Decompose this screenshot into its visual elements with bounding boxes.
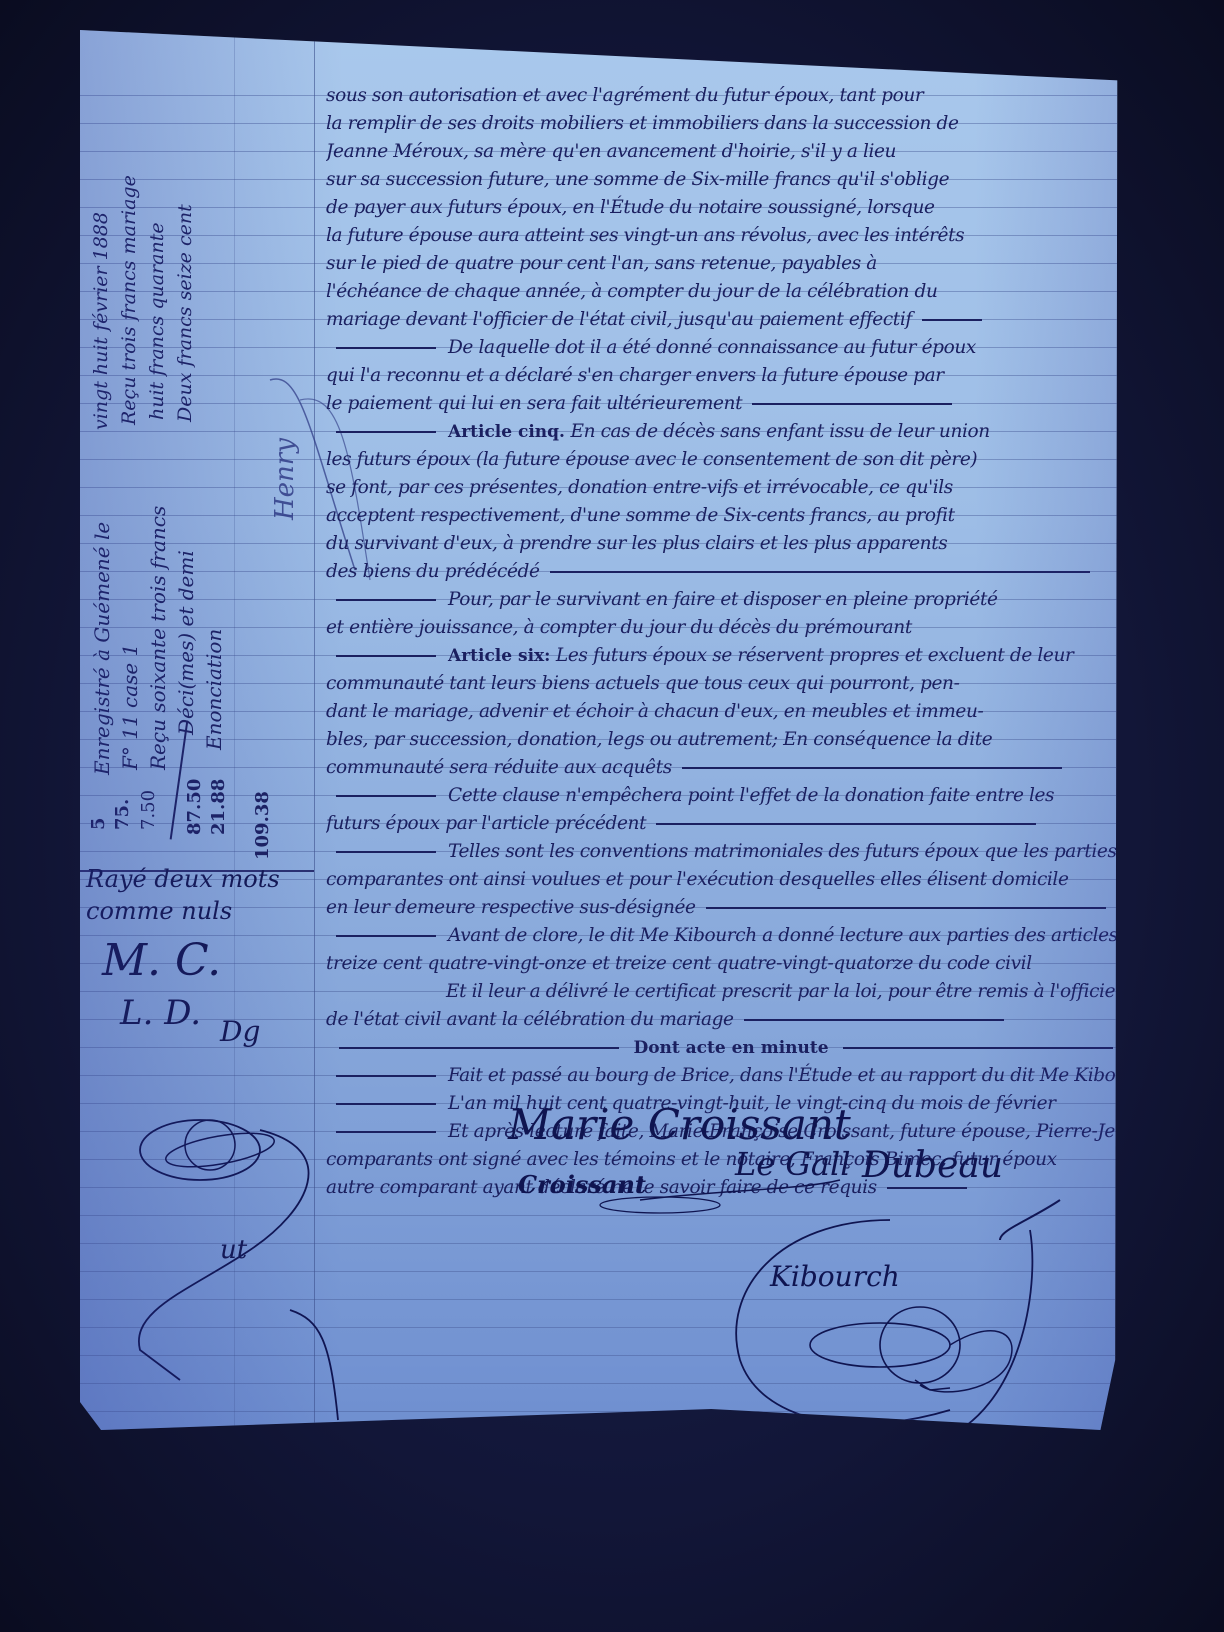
article-six-heading: Article six: (448, 646, 550, 666)
body-line: communauté sera réduite aux acquêts (326, 754, 1126, 782)
body-line: futurs époux par l'article précédent (326, 810, 1126, 838)
margin-amount-5: 21.88 (208, 779, 229, 835)
body-line: Et il leur a délivré le certificat presc… (326, 978, 1126, 1006)
body-line: communauté tant leurs biens actuels que … (326, 670, 1126, 698)
initials-ld: L. D. (120, 993, 201, 1033)
margin-registration-top-2: Reçu trois francs mariage (118, 175, 140, 425)
article-six: Article six: Les futurs époux se réserve… (326, 642, 1126, 670)
margin-flourish (110, 1110, 350, 1430)
article-cinq-heading: Article cinq. (448, 422, 565, 442)
margin-registration-mid-5: Enonciation (202, 629, 226, 750)
erasure-note-line1: Rayé deux mots (86, 865, 280, 893)
body-line: Cette clause n'empêchera point l'effet d… (326, 782, 1126, 810)
body-line: Telles sont les conventions matrimoniale… (326, 838, 1126, 866)
signature-bride: Marie Croissant (508, 1100, 851, 1149)
margin-registration-top-3: huit francs quarante (146, 222, 168, 420)
notary-paraph (700, 1210, 1120, 1490)
body-line: l'échéance de chaque année, à compter du… (326, 278, 1126, 306)
margin-registration-mid-2: F° 11 case 1 (118, 644, 142, 770)
body-line: bles, par succession, donation, legs ou … (326, 726, 1126, 754)
margin-registration-mid-4: Déci(mes) et demi (174, 550, 198, 735)
body-line: Avant de clore, le dit Me Kibourch a don… (326, 922, 1126, 950)
body-line: Pour, par le survivant en faire et dispo… (326, 586, 1126, 614)
body-line: de payer aux futurs époux, en l'Étude du… (326, 194, 1126, 222)
dont-acte-line: Dont acte en minute (326, 1034, 1126, 1062)
margin-registration-top-1: vingt huit février 1888 (90, 212, 112, 430)
body-line: Jeanne Méroux, sa mère qu'en avancement … (326, 138, 1126, 166)
body-line: la future épouse aura atteint ses vingt-… (326, 222, 1126, 250)
body-line: Fait et passé au bourg de Brice, dans l'… (326, 1062, 1126, 1090)
body-line: en leur demeure respective sus-désignée (326, 894, 1126, 922)
erasure-note-line2: comme nuls (86, 897, 232, 925)
body-line: sur sa succession future, une somme de S… (326, 166, 1126, 194)
body-line: du survivant d'eux, à prendre sur les pl… (326, 530, 1126, 558)
body-line: des biens du prédécédé (326, 558, 1126, 586)
body-line: sur le pied de quatre pour cent l'an, sa… (326, 250, 1126, 278)
body-line: se font, par ces présentes, donation ent… (326, 474, 1126, 502)
document-page: vingt huit février 1888 Reçu trois franc… (80, 30, 1132, 1430)
body-line: mariage devant l'officier de l'état civi… (326, 306, 1126, 334)
body-line: qui l'a reconnu et a déclaré s'en charge… (326, 362, 1126, 390)
margin-amount-2: 75. (112, 799, 133, 830)
dont-acte-heading: Dont acte en minute (633, 1038, 828, 1058)
margin-amount-4: 87.50 (184, 779, 205, 835)
margin-amount-total: 109.38 (252, 791, 273, 860)
body-line: sous son autorisation et avec l'agrément… (326, 82, 1126, 110)
body-line: treize cent quatre-vingt-onze et treize … (326, 950, 1126, 978)
body-line: et entière jouissance, à compter du jour… (326, 614, 1126, 642)
margin-amount-3: 7.50 (138, 790, 159, 830)
body-line: acceptent respectivement, d'une somme de… (326, 502, 1126, 530)
body-line: la remplir de ses droits mobiliers et im… (326, 110, 1126, 138)
initials-dg: Dg (220, 1015, 260, 1048)
body-line: le paiement qui lui en sera fait ultérie… (326, 390, 1126, 418)
body-line: dant le mariage, advenir et échoir à cha… (326, 698, 1126, 726)
body-line: comparantes ont ainsi voulues et pour l'… (326, 866, 1126, 894)
body-line: De laquelle dot il a été donné connaissa… (326, 334, 1126, 362)
margin-amount-1: 5 (88, 817, 109, 830)
initials-mc: M. C. (102, 935, 221, 986)
article-cinq: Article cinq. En cas de décès sans enfan… (326, 418, 1126, 446)
margin-registration-mid-1: Enregistré à Guémené le (90, 522, 114, 775)
margin-registration-mid-3: Reçu soixante trois francs (146, 506, 170, 770)
contract-body: sous son autorisation et avec l'agrément… (326, 82, 1126, 1202)
body-line: les futurs époux (la future épouse avec … (326, 446, 1126, 474)
margin-registration-top-4: Deux francs seize cent (174, 204, 196, 422)
body-line: de l'état civil avant la célébration du … (326, 1006, 1126, 1034)
